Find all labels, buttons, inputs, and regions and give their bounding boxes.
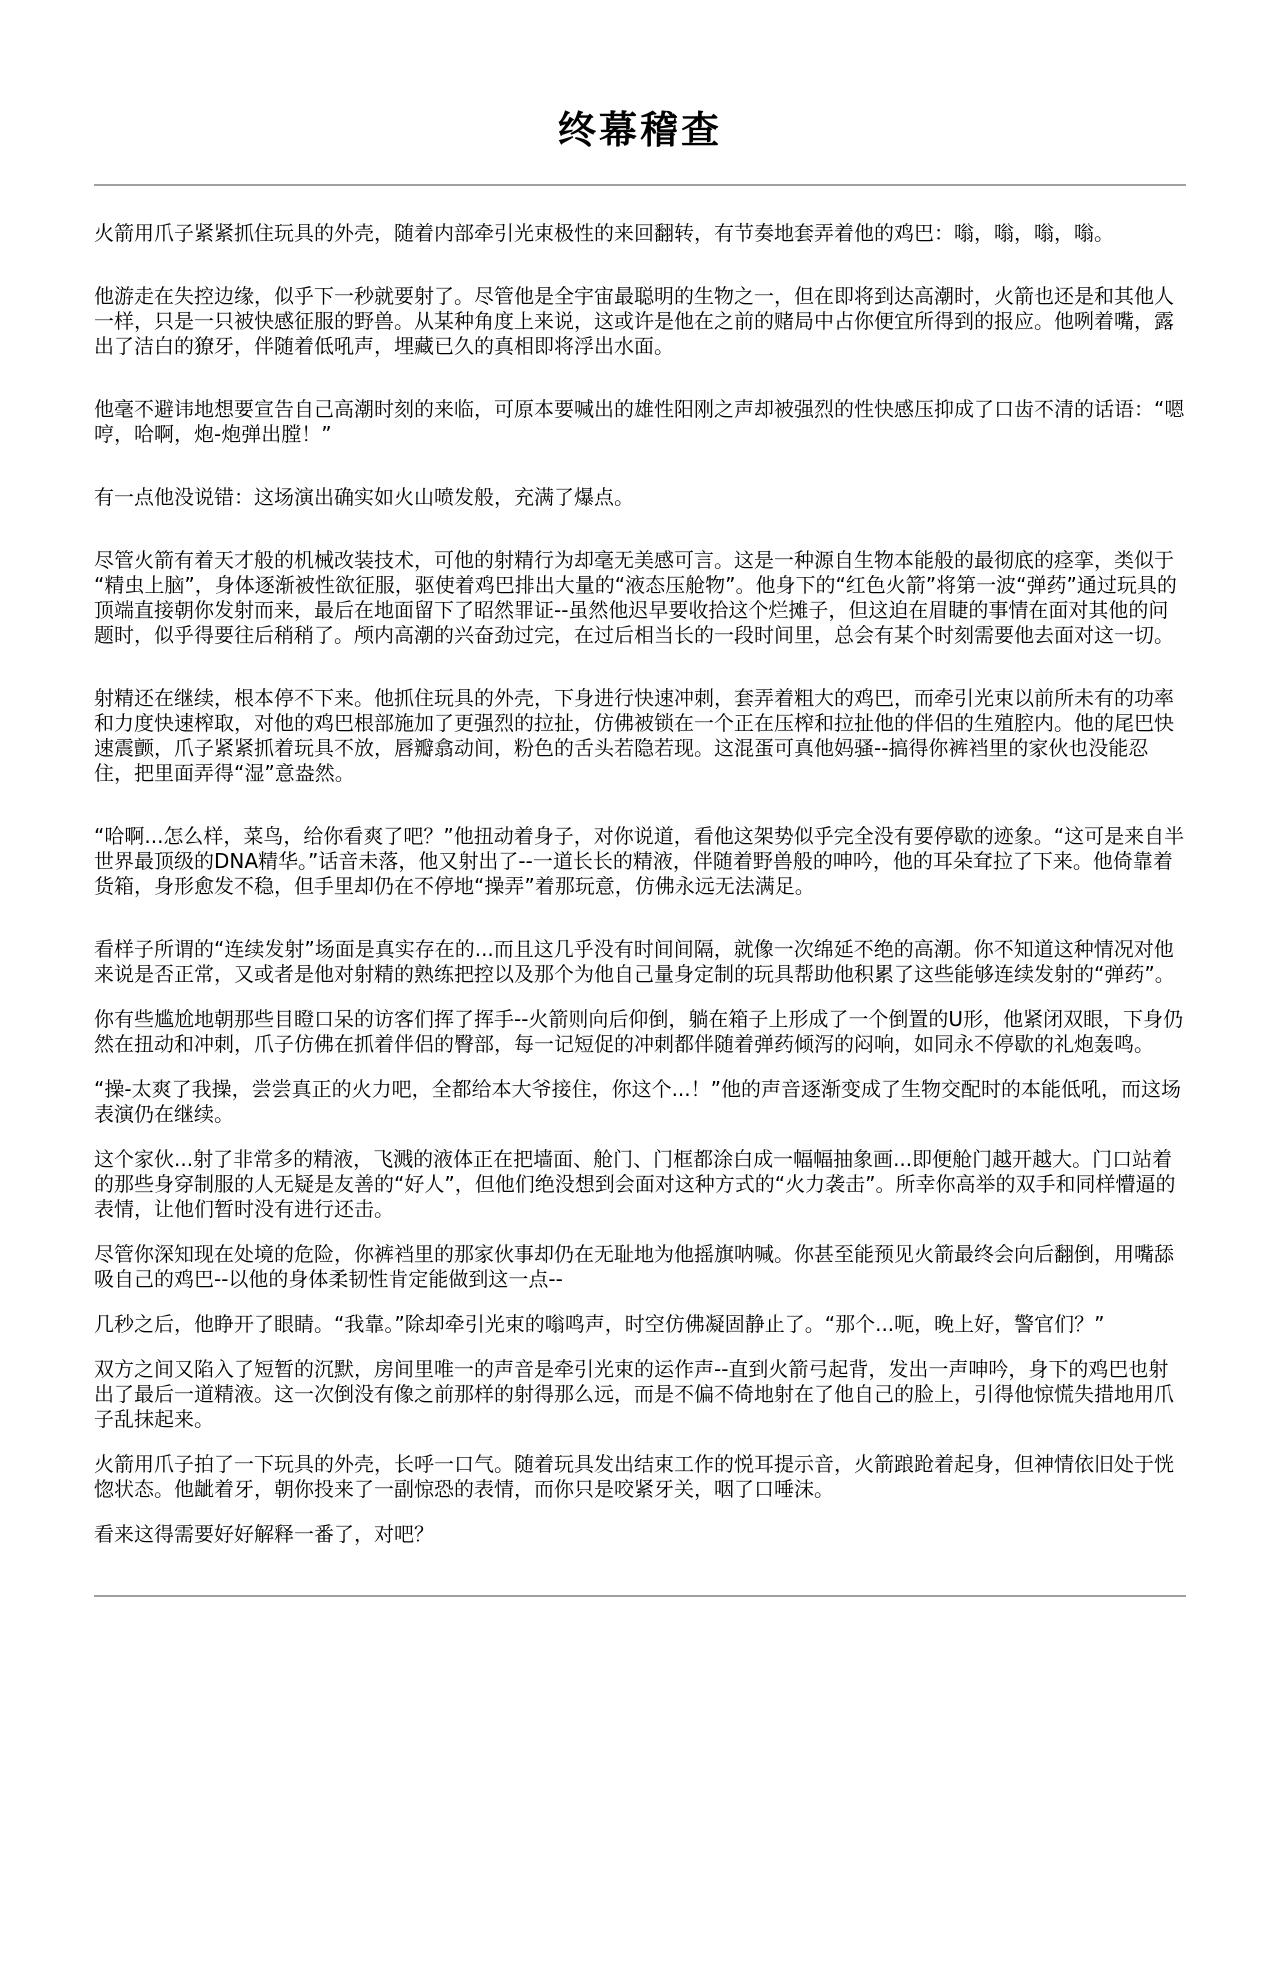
top-divider [94,184,1186,186]
story-page: 终幕稽查 火箭用爪子紧紧抓住玩具的外壳，随着内部牵引光束极性的来回翻转，有节奏地… [0,0,1280,1597]
story-paragraph: 看来这得需要好好解释一番了，对吧？ [94,1522,1186,1547]
bottom-divider [94,1595,1186,1597]
story-paragraph: 火箭用爪子紧紧抓住玩具的外壳，随着内部牵引光束极性的来回翻转，有节奏地套弄着他的… [94,221,1186,246]
story-paragraph: 这个家伙...射了非常多的精液，飞溅的液体正在把墙面、舱门、门框都涂白成一幅幅抽… [94,1147,1186,1222]
story-paragraph: “操-太爽了我操，尝尝真正的火力吧，全都给本大爷接住，你这个...！”他的声音逐… [94,1077,1186,1127]
story-paragraph: 他毫不避讳地想要宣告自己高潮时刻的来临，可原本要喊出的雄性阳刚之声却被强烈的性快… [94,397,1186,447]
page-title: 终幕稽查 [94,108,1186,154]
story-body: 火箭用爪子紧紧抓住玩具的外壳，随着内部牵引光束极性的来回翻转，有节奏地套弄着他的… [94,221,1186,1547]
story-paragraph: 尽管你深知现在处境的危险，你裤裆里的那家伙事却仍在无耻地为他摇旗呐喊。你甚至能预… [94,1242,1186,1292]
story-paragraph: 有一点他没说错：这场演出确实如火山喷发般，充满了爆点。 [94,485,1186,510]
story-paragraph: 火箭用爪子拍了一下玩具的外壳，长呼一口气。随着玩具发出结束工作的悦耳提示音，火箭… [94,1452,1186,1502]
story-paragraph: 尽管火箭有着天才般的机械改装技术，可他的射精行为却毫无美感可言。这是一种源自生物… [94,548,1186,648]
story-paragraph: 射精还在继续，根本停不下来。他抓住玩具的外壳，下身进行快速冲刺，套弄着粗大的鸡巴… [94,686,1186,786]
story-paragraph: 几秒之后，他睁开了眼睛。“我靠。”除却牵引光束的嗡鸣声，时空仿佛凝固静止了。“那… [94,1312,1186,1337]
story-paragraph: “哈啊...怎么样，菜鸟，给你看爽了吧？”他扭动着身子，对你说道，看他这架势似乎… [94,824,1186,899]
story-paragraph: 你有些尴尬地朝那些目瞪口呆的访客们挥了挥手--火箭则向后仰倒，躺在箱子上形成了一… [94,1007,1186,1057]
story-paragraph: 看样子所谓的“连续发射”场面是真实存在的...而且这几乎没有时间间隔，就像一次绵… [94,937,1186,987]
story-paragraph: 他游走在失控边缘，似乎下一秒就要射了。尽管他是全宇宙最聪明的生物之一，但在即将到… [94,284,1186,359]
story-paragraph: 双方之间又陷入了短暂的沉默，房间里唯一的声音是牵引光束的运作声--直到火箭弓起背… [94,1357,1186,1432]
